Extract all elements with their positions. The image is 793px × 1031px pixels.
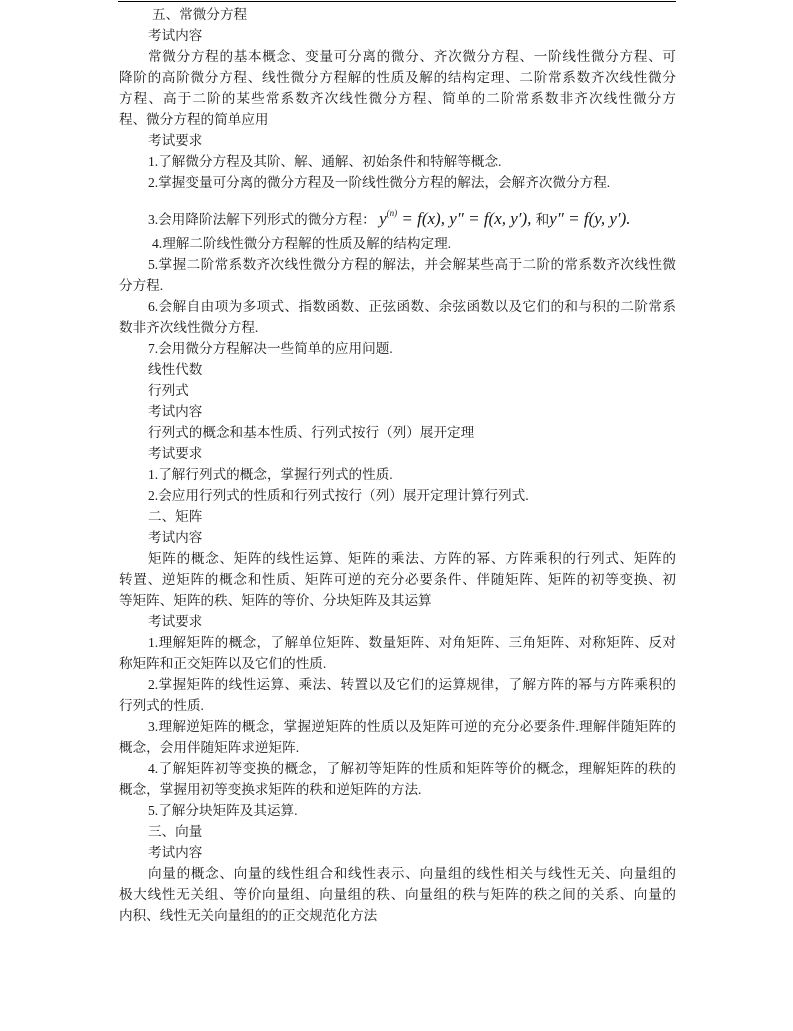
paragraph-line: 内积、线性无关向量组的的正交规范化方法 — [119, 905, 377, 926]
subheading: 考试要求 — [148, 611, 202, 632]
paragraph-line: 程、微分方程的简单应用 — [119, 109, 269, 130]
requirement-item: 5.了解分块矩阵及其运算. — [148, 800, 298, 821]
subheading: 考试要求 — [148, 443, 202, 464]
subheading: 考试要求 — [148, 130, 202, 151]
paragraph-line: 转置、逆矩阵的概念和性质、矩阵可逆的充分必要条件、伴随矩阵、矩阵的初等变换、初 — [119, 569, 676, 590]
paragraph-line: 矩阵的概念、矩阵的线性运算、矩阵的乘法、方阵的幂、方阵乘积的行列式、矩阵的 — [148, 548, 676, 569]
requirement-item: 1.了解微分方程及其阶、解、通解、初始条件和特解等概念. — [148, 151, 501, 172]
section-title: 五、常微分方程 — [152, 4, 247, 25]
requirement-item: 1.了解行列式的概念，掌握行列式的性质. — [148, 464, 393, 485]
requirement-item-cont: 概念，会用伴随矩阵求逆矩阵. — [119, 737, 299, 758]
eq-superscript: (n) — [387, 208, 398, 218]
section-title: 二、矩阵 — [148, 506, 202, 527]
requirement-item-cont: 数非齐次线性微分方程. — [119, 317, 258, 338]
subheading: 考试内容 — [148, 25, 202, 46]
paragraph-line: 极大线性无关组、等价向量组、向量组的秩、向量组的秩与矩阵的秩之间的关系、向量的 — [119, 884, 676, 905]
requirement-item-cont: 分方程. — [119, 275, 163, 296]
requirement-item: 2.会应用行列式的性质和行列式按行（列）展开定理计算行列式. — [148, 485, 529, 506]
requirement-item-with-equation: 3.会用降阶法解下列形式的微分方程： y(n) = f(x), y″ = f(x… — [148, 198, 631, 228]
requirement-text: 3.会用降阶法解下列形式的微分方程： — [148, 212, 376, 227]
subheading: 考试内容 — [148, 842, 202, 863]
subheading: 考试内容 — [148, 401, 202, 422]
paragraph-line: 等矩阵、矩阵的秩、矩阵的等价、分块矩阵及其运算 — [119, 590, 432, 611]
requirement-item: 1.理解矩阵的概念，了解单位矩阵、数量矩阵、对角矩阵、三角矩阵、对称矩阵、反对 — [148, 632, 676, 653]
eq-term: = f(x), — [397, 209, 449, 228]
section-title: 行列式 — [148, 380, 189, 401]
requirement-item-cont: 行列式的性质. — [119, 695, 204, 716]
eq-term: y″ = f(x, y′), — [449, 209, 535, 228]
requirement-item: 2.掌握矩阵的线性运算、乘法、转置以及它们的运算规律，了解方阵的幂与方阵乘积的 — [148, 674, 676, 695]
requirement-item: 7.会用微分方程解决一些简单的应用问题. — [148, 338, 393, 359]
paragraph-line: 降阶的高阶微分方程、线性微分方程解的性质及解的结构定理、二阶常系数齐次线性微分 — [119, 67, 676, 88]
paragraph-line: 方程、高于二阶的某些常系数齐次线性微分方程、简单的二阶常系数非齐次线性微分方 — [119, 88, 676, 109]
top-rule — [118, 1, 676, 2]
eq-connector: 和 — [536, 212, 550, 227]
paragraph-line: 常微分方程的基本概念、变量可分离的微分、齐次微分方程、一阶线性微分方程、可 — [148, 46, 676, 67]
paragraph-line: 向量的概念、向量的线性组合和线性表示、向量组的线性相关与线性无关、向量组的 — [148, 863, 676, 884]
paragraph-line: 行列式的概念和基本性质、行列式按行（列）展开定理 — [148, 422, 474, 443]
equation: y(n) = f(x), y″ = f(x, y′), 和y″ = f(y, y… — [379, 209, 630, 228]
requirement-item: 5.掌握二阶常系数齐次线性微分方程的解法，并会解某些高于二阶的常系数齐次线性微 — [148, 254, 676, 275]
requirement-item-cont: 称矩阵和正交矩阵以及它们的性质. — [119, 653, 326, 674]
requirement-item: 4.理解二阶线性微分方程解的性质及解的结构定理. — [152, 233, 451, 254]
part-title: 线性代数 — [148, 359, 202, 380]
subheading: 考试内容 — [148, 527, 202, 548]
requirement-item: 3.理解逆矩阵的概念，掌握逆矩阵的性质以及矩阵可逆的充分必要条件.理解伴随矩阵的 — [148, 716, 676, 737]
eq-term: y — [379, 209, 387, 228]
section-title: 三、向量 — [148, 821, 202, 842]
requirement-item: 2.掌握变量可分离的微分方程及一阶线性微分方程的解法，会解齐次微分方程. — [148, 172, 610, 193]
requirement-item-cont: 概念，掌握用初等变换求矩阵的秩和逆矩阵的方法. — [119, 779, 421, 800]
requirement-item: 4.了解矩阵初等变换的概念，了解初等矩阵的性质和矩阵等价的概念，理解矩阵的秩的 — [148, 758, 676, 779]
requirement-item: 6.会解自由项为多项式、指数函数、正弦函数、余弦函数以及它们的和与积的二阶常系 — [148, 296, 676, 317]
eq-term: y″ = f(y, y′). — [549, 209, 630, 228]
